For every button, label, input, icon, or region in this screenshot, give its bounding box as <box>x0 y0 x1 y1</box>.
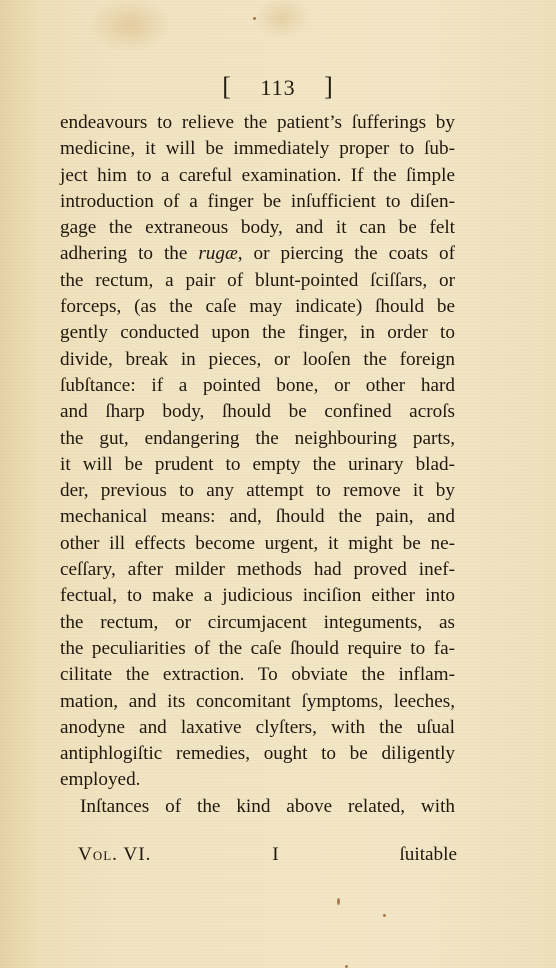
text-line: antiphlogiſtic remedies, ought to be dil… <box>60 741 455 767</box>
text-line: fectual, to make a judicious inciſion ei… <box>60 583 455 609</box>
text-line: cilitate the extraction. To obviate the … <box>60 662 455 688</box>
text-line: gage the extraneous body, and it can be … <box>60 215 455 241</box>
text-line: ceſſary, after milder methods had proved… <box>60 557 455 583</box>
text-line: the gut, endangering the neighbouring pa… <box>60 426 455 452</box>
text-line: der, previous to any attempt to remove i… <box>60 478 455 504</box>
text-line: introduction of a finger be inſufficient… <box>60 189 455 215</box>
text-line: the rectum, or circumjacent integuments,… <box>60 610 455 636</box>
page-number: 113 <box>260 75 295 100</box>
catchword: ſuitable <box>399 844 457 866</box>
text-line: mechanical means: and, ſhould the pain, … <box>60 504 455 530</box>
volume-label: Vol. VI. <box>78 844 151 866</box>
text-line: gently conducted upon the finger, in ord… <box>60 320 455 346</box>
text-line: and ſharp body, ſhould be confined acroſ… <box>60 399 455 425</box>
text-line: mation, and its concomitant ſymptoms, le… <box>60 689 455 715</box>
bracket-left: [ <box>222 72 232 102</box>
text-line: other ill effects become urgent, it migh… <box>60 531 455 557</box>
page-footer: Vol. VI. I ſuitable <box>78 844 457 866</box>
text-line: adhering to the rugæ, or piercing the co… <box>60 241 455 267</box>
paper-stain <box>383 914 386 917</box>
text-line: ſubſtance: if a pointed bone, or other h… <box>60 373 455 399</box>
paper-stain <box>253 17 256 20</box>
text-fragment: , or piercing the coats of <box>238 243 455 264</box>
text-line: ject him to a careful examination. If th… <box>60 163 455 189</box>
signature-mark: I <box>272 844 278 866</box>
paragraph-start-line: Inſtances of the kind above related, wit… <box>60 794 455 820</box>
paper-stain <box>337 898 340 905</box>
book-page: [ 113 ] endeavours to relieve the patien… <box>0 0 556 968</box>
page-header: [ 113 ] <box>0 72 556 102</box>
text-line: anodyne and laxative clyſters, with the … <box>60 715 455 741</box>
text-line: forceps, (as the caſe may indicate) ſhou… <box>60 294 455 320</box>
text-line: divide, break in pieces, or looſen the f… <box>60 347 455 373</box>
italic-term: rugæ <box>198 243 237 264</box>
bracket-right: ] <box>324 72 334 102</box>
text-line: endeavours to relieve the patient’s ſuff… <box>60 110 455 136</box>
text-fragment: adhering to the <box>60 243 198 264</box>
text-line: employed. <box>60 767 455 793</box>
text-line: medicine, it will be immediately proper … <box>60 136 455 162</box>
text-line: the peculiarities of the caſe ſhould req… <box>60 636 455 662</box>
text-line: the rectum, a pair of blunt-pointed ſciſ… <box>60 268 455 294</box>
text-line: it will be prudent to empty the urinary … <box>60 452 455 478</box>
body-text: endeavours to relieve the patient’s ſuff… <box>60 110 455 820</box>
